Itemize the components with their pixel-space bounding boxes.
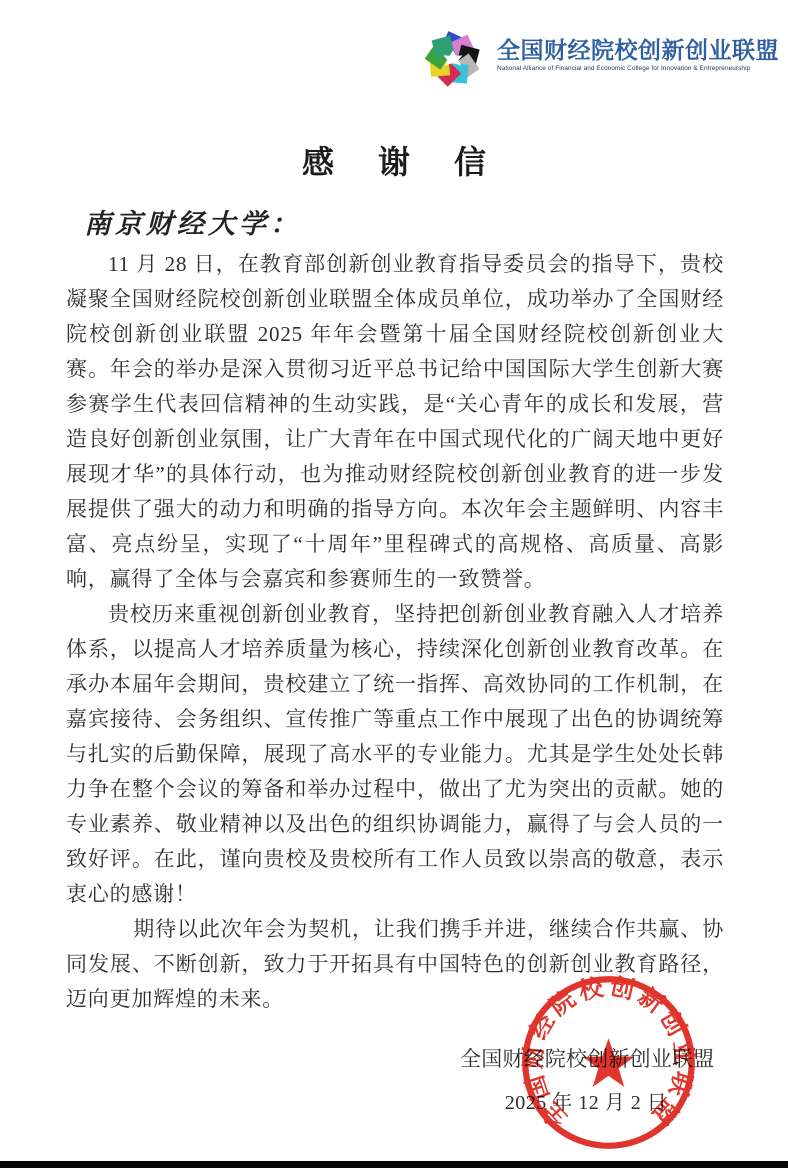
alliance-logo-text: 全国财经院校创新创业联盟 National Alliance of Financ… [497,24,779,72]
paragraph-1: 11 月 28 日，在教育部创新创业教育指导委员会的指导下，贵校凝聚全国财经院校… [66,247,724,597]
letter-page: 全国财经院校创新创业联盟 National Alliance of Financ… [0,0,788,1171]
alliance-logo: 全国财经院校创新创业联盟 National Alliance of Financ… [415,24,765,96]
alliance-name-chinese: 全国财经院校创新创业联盟 [497,38,779,63]
paragraph-2: 贵校历来重视创新创业教育，坚持把创新创业教育融入人才培养体系，以提高人才培养质量… [66,597,724,912]
scan-edge-bar [0,1161,788,1168]
alliance-name-english: National Alliance of Financial and Econo… [497,65,779,72]
official-seal-stamp-icon: 全国财经院校创新创业联盟 [519,973,698,1152]
seal-star-icon [583,1038,634,1087]
letter-title: 感 谢 信 [0,137,788,183]
salutation: 南京财经大学： [84,202,301,241]
pinwheel-logo-icon [415,24,491,94]
letter-body: 11 月 28 日，在教育部创新创业教育指导委员会的指导下，贵校凝聚全国财经院校… [66,247,724,1017]
